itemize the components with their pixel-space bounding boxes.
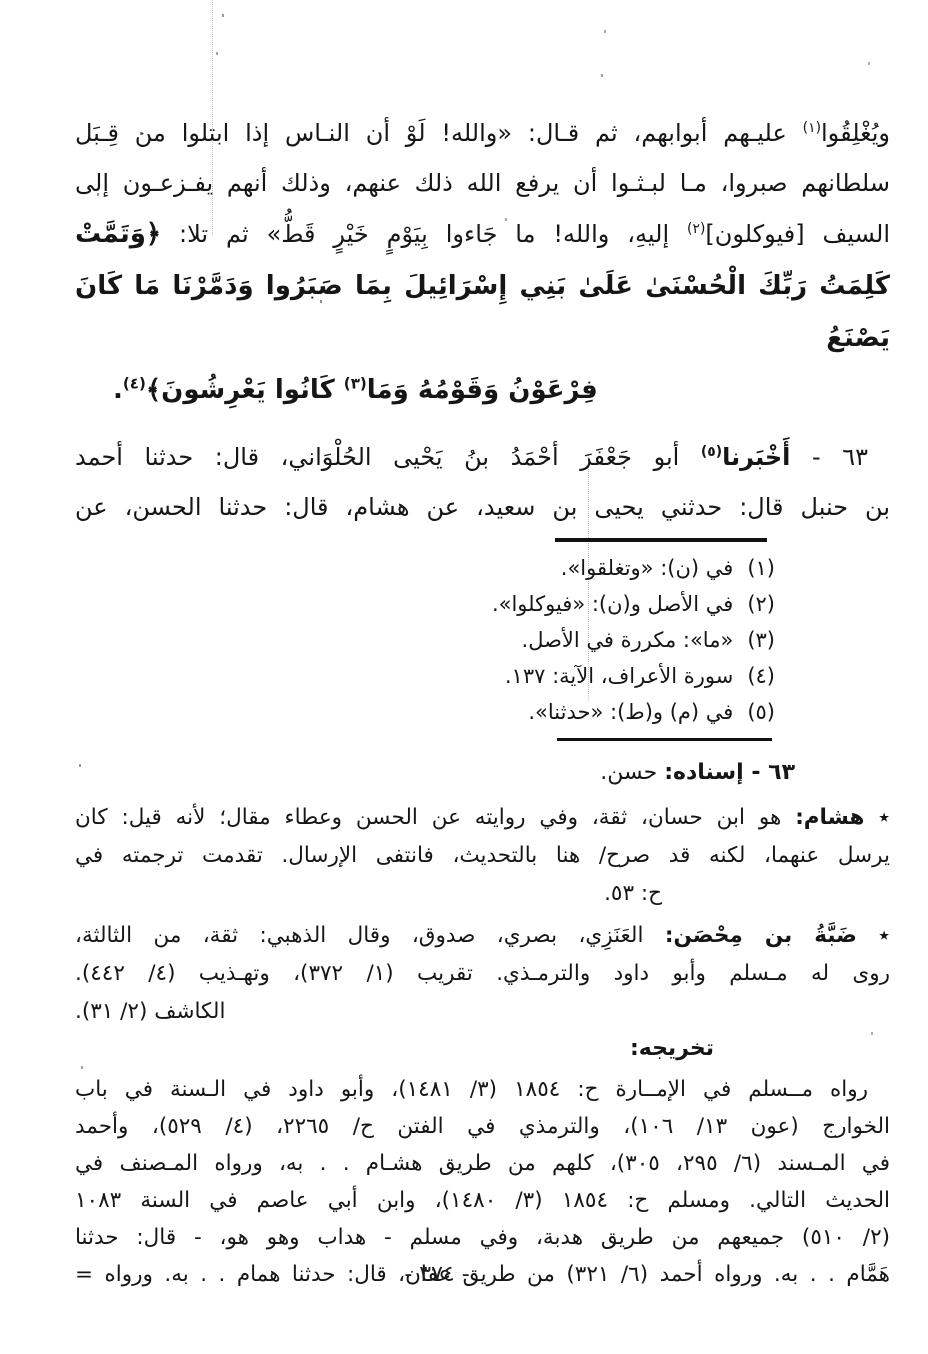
footnote-item: (٢) في الأصل و(ن): «فيوكلوا». (75, 586, 775, 622)
dabba-line-2: روى له مـسلم وأبو داود والترمـذي. تقريب … (75, 955, 890, 993)
main-line-2: سلطانهم صبروا، مـا لبـثـوا أن يرفع الله … (75, 158, 890, 208)
footnote-item: (٣) «ما»: مكررة في الأصل. (75, 622, 775, 658)
takhrij-line-5: (٢/ ٥١٠) جميعهم من طريق هدبة، وفي مسلم -… (75, 1219, 890, 1256)
takhrij-line-4: الحديث التالي. ومسلم ح: ١٨٥٤ (٣/ ١٤٨٠)، … (75, 1182, 890, 1219)
footnote-text: في الأصل و(ن): «فيوكلوا». (492, 586, 733, 622)
footnote-text: «ما»: مكررة في الأصل. (522, 622, 734, 658)
main-paragraph: ويُغْلِقُوا(١) عليـهم أبوابهم، ثم قـال: … (75, 108, 890, 260)
footnote-item: (١) في (ن): «وتغلقوا». (75, 550, 775, 586)
asterisk-mark: ٭ (864, 805, 890, 830)
hisham-line-2: يرسل عنهما، لكنه قد صرح/ هنا بالتحديث، ف… (75, 837, 890, 875)
footnote-item: (٥) في (م) و(ط): «حدثنا». (75, 694, 775, 730)
isnad-label: ٦٣ - إسناده: (664, 760, 795, 785)
verse-line-2: فِرْعَوْنُ وَقَوْمُهُ وَمَا(٣) كَانُوا ي… (75, 364, 890, 416)
dabba-line-3: الكاشف (٢/ ٣١). (75, 993, 890, 1031)
dabba-line-1-rest: العَنَزِي، بصري، صدوق، وقال الذهبي: ثقة،… (75, 923, 665, 948)
isnad-value: حسن. (600, 760, 664, 785)
main-line-3: السيف [فيوكلون](٢) إليهِ، والله! ما جَاء… (75, 208, 890, 260)
narrator-note-hisham: ٭ هشام: هو ابن حسان، ثقة، وفي روايته عن … (75, 799, 890, 913)
footnote-number: (٥) (747, 694, 775, 730)
verse-line-1: كَلِمَتُ رَبِّكَ الْحُسْنَىٰ عَلَىٰ بَنِ… (75, 260, 890, 364)
narrator-name: ضَبَّةُ بن مِحْصَن: (665, 923, 857, 948)
page-number: - ٣٧٤ - (0, 1262, 874, 1287)
takhrij-paragraph: رواه مــسلم في الإمــارة ح: ١٨٥٤ (٣/ ١٤٨… (75, 1071, 890, 1293)
hisham-line-3: ح: ٥٣. (75, 875, 890, 913)
takhrij-line-1: رواه مــسلم في الإمــارة ح: ١٨٥٤ (٣/ ١٤٨… (75, 1071, 890, 1108)
takhrij-line-2: الخوارج (عون ١٣/ ١٠٦)، والترمذي في الفتن… (75, 1108, 890, 1145)
hisham-line-1: ٭ هشام: هو ابن حسان، ثقة، وفي روايته عن … (75, 799, 890, 837)
footnote-separator-line (555, 538, 767, 542)
narrator-note-dabba: ٭ ضَبَّةُ بن مِحْصَن: العَنَزِي، بصري، ص… (75, 917, 890, 1031)
footnote-number: (٤) (747, 658, 775, 694)
footnote-item: (٤) سورة الأعراف، الآية: ١٣٧. (75, 658, 775, 694)
quran-verse: كَلِمَتُ رَبِّكَ الْحُسْنَىٰ عَلَىٰ بَنِ… (75, 260, 890, 416)
hadith-63-paragraph: ٦٣ - أَخْبَرنا(٥) أبو جَعْفَرَ أحْمَدُ ب… (75, 432, 890, 532)
footnote-list: (١) في (ن): «وتغلقوا». (٢) في الأصل و(ن)… (75, 550, 775, 730)
hadith-line-1-rest: أبو جَعْفَرَ أحْمَدُ بنُ يَحْيى الحُلْوَ… (75, 443, 701, 471)
footnote-text: سورة الأعراف، الآية: ١٣٧. (505, 658, 733, 694)
takhrij-line-3: في المـسند (٦/ ٢٩٥، ٣٠٥)، كلهم من طريق ه… (75, 1145, 890, 1182)
scan-speckles (0, 0, 2, 3)
hadith-akhbarana: أَخْبَرنا(٥) (701, 443, 791, 471)
hadith-number: ٦٣ - (790, 443, 868, 471)
hadith-line-2: بن حنبل قال: حدثني يحيى بن سعيد، عن هشام… (75, 482, 890, 532)
main-line-1: ويُغْلِقُوا(١) عليـهم أبوابهم، ثم قـال: … (75, 108, 890, 158)
hadith-line-1: ٦٣ - أَخْبَرنا(٥) أبو جَعْفَرَ أحْمَدُ ب… (75, 432, 890, 482)
footnote-number: (٣) (747, 622, 775, 658)
page-body: ويُغْلِقُوا(١) عليـهم أبوابهم، ثم قـال: … (75, 0, 890, 1293)
isnad-line: ٦٣ - إسناده: حسن. (75, 757, 795, 789)
footnote-number: (٢) (747, 586, 775, 622)
commentary-separator-line (557, 738, 772, 741)
verse-opening-word: ﴿وَتَمَّتْ (75, 219, 161, 249)
footnote-text: في (ن): «وتغلقوا». (561, 550, 734, 586)
asterisk-mark: ٭ (857, 923, 890, 948)
dabba-line-1: ٭ ضَبَّةُ بن مِحْصَن: العَنَزِي، بصري، ص… (75, 917, 890, 955)
takhrij-heading: تخريجه: (75, 1033, 714, 1065)
footnote-number: (١) (747, 550, 775, 586)
footnote-text: في (م) و(ط): «حدثنا». (528, 694, 733, 730)
main-line-3-text: السيف [فيوكلون](٢) إليهِ، والله! ما جَاء… (161, 220, 890, 248)
hisham-line-1-rest: هو ابن حسان، ثقة، وفي روايته عن الحسن وع… (75, 805, 795, 830)
narrator-name: هشام: (795, 805, 864, 830)
